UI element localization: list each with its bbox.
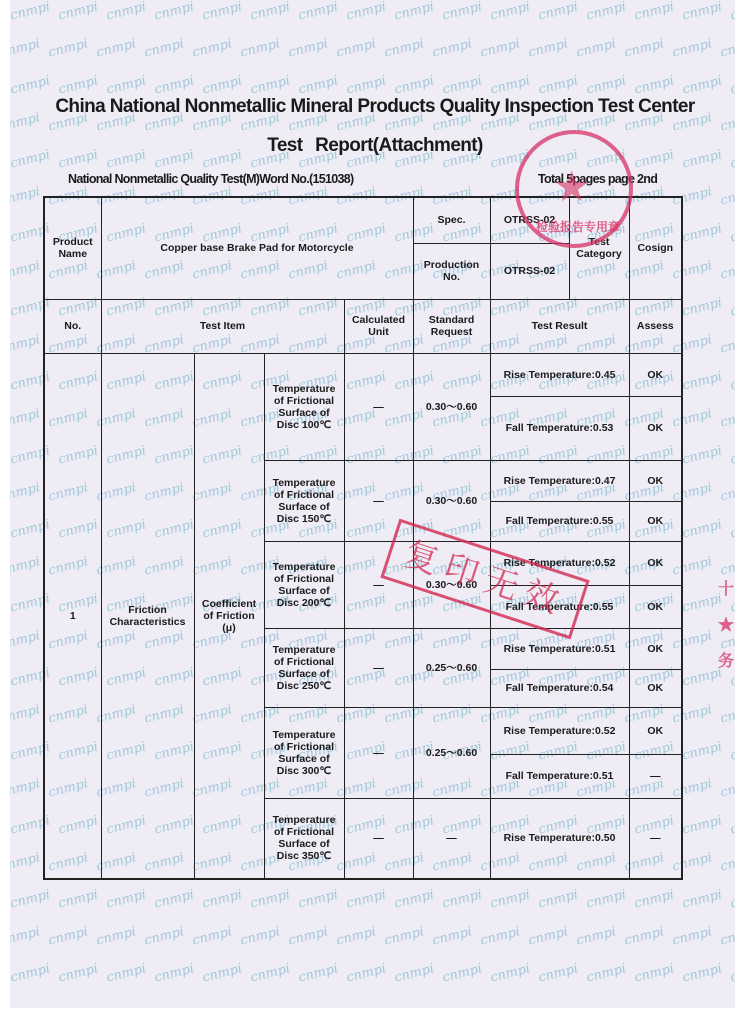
watermark-text: cnmpi (719, 480, 735, 504)
calculated-unit: — (344, 353, 413, 460)
watermark-text: cnmpi (729, 961, 735, 985)
col-test-result: Test Result (490, 299, 629, 353)
watermark-text: cnmpi (441, 887, 484, 911)
watermark-text: cnmpi (345, 887, 388, 911)
watermark-text: cnmpi (681, 961, 724, 985)
watermark-text: cnmpi (681, 517, 724, 541)
watermark-text: cnmpi (537, 0, 580, 24)
standard-request: 0.25～0.60 (413, 628, 490, 707)
test-condition: Temperature of Frictional Surface of Dis… (264, 798, 344, 879)
watermark-text: cnmpi (345, 73, 388, 97)
watermark-text: cnmpi (441, 0, 484, 24)
test-result: Rise Temperature:0.50 (490, 798, 629, 879)
watermark-text: cnmpi (441, 961, 484, 985)
watermark-text: cnmpi (489, 73, 532, 97)
watermark-text: cnmpi (585, 887, 628, 911)
watermark-text: cnmpi (153, 0, 196, 24)
watermark-text: cnmpi (681, 443, 724, 467)
document-subtitle: Test Report(Attachment) (0, 135, 750, 157)
watermark-text: cnmpi (633, 73, 676, 97)
assess-value: OK (629, 501, 682, 541)
watermark-text: cnmpi (681, 0, 724, 24)
watermark-text: cnmpi (623, 36, 666, 60)
watermark-text: cnmpi (729, 0, 735, 24)
watermark-text: cnmpi (249, 961, 292, 985)
watermark-text: cnmpi (431, 36, 474, 60)
test-condition: Temperature of Frictional Surface of Dis… (264, 707, 344, 798)
assess-value: OK (629, 707, 682, 754)
watermark-text: cnmpi (105, 73, 148, 97)
watermark-text: cnmpi (201, 961, 244, 985)
test-result: Fall Temperature:0.54 (490, 669, 629, 707)
watermark-text: cnmpi (287, 924, 330, 948)
assess-value: OK (629, 669, 682, 707)
test-result: Fall Temperature:0.53 (490, 396, 629, 460)
watermark-text: cnmpi (537, 73, 580, 97)
watermark-text: cnmpi (153, 887, 196, 911)
watermark-text: cnmpi (345, 961, 388, 985)
cosign-label: Cosign (629, 197, 682, 299)
watermark-text: cnmpi (633, 0, 676, 24)
watermark-text: cnmpi (489, 0, 532, 24)
watermark-text: cnmpi (191, 924, 234, 948)
watermark-text: cnmpi (335, 924, 378, 948)
watermark-text: cnmpi (297, 0, 340, 24)
watermark-text: cnmpi (287, 36, 330, 60)
watermark-text: cnmpi (719, 406, 735, 430)
watermark-text: cnmpi (57, 887, 100, 911)
watermark-text: cnmpi (681, 221, 724, 245)
watermark-text: cnmpi (719, 702, 735, 726)
watermark-text: cnmpi (719, 924, 735, 948)
watermark-text: cnmpi (10, 0, 52, 24)
watermark-text: cnmpi (239, 36, 282, 60)
test-condition: Temperature of Frictional Surface of Dis… (264, 460, 344, 541)
watermark-text: cnmpi (633, 961, 676, 985)
production-no-value: OTRSS-02 (490, 243, 569, 299)
watermark-text: cnmpi (575, 924, 618, 948)
spec-label: Spec. (413, 197, 490, 243)
watermark-text: cnmpi (249, 73, 292, 97)
watermark-text: cnmpi (249, 887, 292, 911)
watermark-text: cnmpi (239, 924, 282, 948)
watermark-text: cnmpi (201, 0, 244, 24)
watermark-text: cnmpi (249, 0, 292, 24)
standard-request: 0.25～0.60 (413, 707, 490, 798)
watermark-text: cnmpi (201, 73, 244, 97)
star-icon: ★ (553, 162, 591, 211)
watermark-text: cnmpi (633, 887, 676, 911)
assess-value: OK (629, 628, 682, 669)
watermark-text: cnmpi (681, 887, 724, 911)
production-no-label: Production No. (413, 243, 490, 299)
watermark-text: cnmpi (681, 295, 724, 319)
watermark-text: cnmpi (585, 961, 628, 985)
assess-value: OK (629, 396, 682, 460)
watermark-text: cnmpi (729, 73, 735, 97)
watermark-text: cnmpi (719, 850, 735, 874)
watermark-text: cnmpi (10, 924, 42, 948)
watermark-text: cnmpi (729, 221, 735, 245)
watermark-text: cnmpi (383, 924, 426, 948)
watermark-text: cnmpi (719, 258, 735, 282)
watermark-text: cnmpi (10, 258, 42, 282)
watermark-text: cnmpi (10, 554, 42, 578)
watermark-text: cnmpi (393, 73, 436, 97)
watermark-text: cnmpi (729, 739, 735, 763)
watermark-text: cnmpi (153, 961, 196, 985)
test-result: Fall Temperature:0.51 (490, 754, 629, 798)
watermark-text: cnmpi (201, 887, 244, 911)
watermark-text: cnmpi (585, 0, 628, 24)
col-no: No. (44, 299, 101, 353)
col-calculated-unit: Calculated Unit (344, 299, 413, 353)
watermark-text: cnmpi (105, 887, 148, 911)
watermark-text: cnmpi (671, 924, 714, 948)
edge-seal-fragment: 十 ★ 务 (718, 572, 736, 692)
product-name-label: Product Name (44, 197, 101, 299)
test-condition: Temperature of Frictional Surface of Dis… (264, 541, 344, 628)
watermark-text: cnmpi (729, 887, 735, 911)
watermark-text: cnmpi (527, 924, 570, 948)
standard-request: 0.30～0.60 (413, 353, 490, 460)
watermark-text: cnmpi (191, 36, 234, 60)
watermark-text: cnmpi (719, 776, 735, 800)
watermark-text: cnmpi (671, 36, 714, 60)
watermark-text: cnmpi (623, 924, 666, 948)
watermark-text: cnmpi (95, 924, 138, 948)
product-name-value: Copper base Brake Pad for Motorcycle (101, 197, 413, 299)
watermark-text: cnmpi (47, 36, 90, 60)
official-seal-stamp: ★ 检验报告专用章 (515, 130, 633, 248)
table-row: 1Friction CharacteristicsCoefficient of … (44, 353, 682, 396)
watermark-text: cnmpi (393, 961, 436, 985)
watermark-text: cnmpi (57, 0, 100, 24)
watermark-text: cnmpi (10, 406, 42, 430)
watermark-text: cnmpi (10, 184, 42, 208)
item-category: Friction Characteristics (101, 353, 194, 879)
watermark-text: cnmpi (537, 887, 580, 911)
watermark-text: cnmpi (575, 36, 618, 60)
watermark-text: cnmpi (719, 184, 735, 208)
col-test-item: Test Item (101, 299, 344, 353)
assess-value: — (629, 754, 682, 798)
watermark-text: cnmpi (10, 332, 42, 356)
test-result: Fall Temperature:0.55 (490, 501, 629, 541)
watermark-text: cnmpi (729, 443, 735, 467)
watermark-text: cnmpi (10, 850, 42, 874)
watermark-text: cnmpi (719, 332, 735, 356)
watermark-text: cnmpi (345, 0, 388, 24)
item-property: Coefficient of Friction(μ) (194, 353, 264, 879)
standard-request: — (413, 798, 490, 879)
watermark-text: cnmpi (681, 739, 724, 763)
watermark-text: cnmpi (719, 36, 735, 60)
watermark-text: cnmpi (143, 924, 186, 948)
assess-value: OK (629, 541, 682, 585)
watermark-text: cnmpi (729, 813, 735, 837)
assess-value: OK (629, 353, 682, 396)
watermark-text: cnmpi (10, 73, 52, 97)
watermark-text: cnmpi (10, 702, 42, 726)
word-number: National Nonmetallic Quality Test(M)Word… (68, 172, 353, 186)
watermark-text: cnmpi (729, 369, 735, 393)
assess-value: — (629, 798, 682, 879)
watermark-text: cnmpi (297, 887, 340, 911)
test-result: Rise Temperature:0.52 (490, 707, 629, 754)
watermark-text: cnmpi (95, 36, 138, 60)
col-assess: Assess (629, 299, 682, 353)
item-no: 1 (44, 353, 101, 879)
test-report-table: Product Name Copper base Brake Pad for M… (43, 196, 683, 880)
watermark-text: cnmpi (479, 924, 522, 948)
watermark-text: cnmpi (10, 776, 42, 800)
watermark-text: cnmpi (479, 36, 522, 60)
watermark-text: cnmpi (57, 961, 100, 985)
watermark-text: cnmpi (729, 517, 735, 541)
test-result: Rise Temperature:0.47 (490, 460, 629, 501)
watermark-text: cnmpi (143, 36, 186, 60)
watermark-text: cnmpi (681, 369, 724, 393)
watermark-text: cnmpi (335, 36, 378, 60)
watermark-text: cnmpi (105, 0, 148, 24)
watermark-text: cnmpi (57, 73, 100, 97)
watermark-text: cnmpi (681, 73, 724, 97)
test-result: Rise Temperature:0.45 (490, 353, 629, 396)
document-title: China National Nonmetallic Mineral Produ… (0, 96, 750, 118)
calculated-unit: — (344, 798, 413, 879)
watermark-text: cnmpi (393, 0, 436, 24)
col-standard-request: Standard Request (413, 299, 490, 353)
test-condition: Temperature of Frictional Surface of Dis… (264, 353, 344, 460)
watermark-text: cnmpi (489, 961, 532, 985)
watermark-text: cnmpi (10, 36, 42, 60)
watermark-text: cnmpi (10, 887, 52, 911)
seal-text: 检验报告专用章 (533, 218, 623, 235)
watermark-text: cnmpi (105, 961, 148, 985)
watermark-text: cnmpi (537, 961, 580, 985)
test-condition: Temperature of Frictional Surface of Dis… (264, 628, 344, 707)
watermark-text: cnmpi (527, 36, 570, 60)
calculated-unit: — (344, 628, 413, 707)
watermark-text: cnmpi (153, 73, 196, 97)
watermark-text: cnmpi (10, 628, 42, 652)
watermark-text: cnmpi (431, 924, 474, 948)
watermark-text: cnmpi (297, 73, 340, 97)
assess-value: OK (629, 585, 682, 628)
watermark-text: cnmpi (10, 480, 42, 504)
watermark-text: cnmpi (489, 887, 532, 911)
watermark-text: cnmpi (585, 73, 628, 97)
watermark-text: cnmpi (729, 295, 735, 319)
watermark-text: cnmpi (441, 73, 484, 97)
watermark-text: cnmpi (47, 924, 90, 948)
watermark-text: cnmpi (393, 887, 436, 911)
watermark-text: cnmpi (681, 813, 724, 837)
calculated-unit: — (344, 707, 413, 798)
watermark-text: cnmpi (297, 961, 340, 985)
watermark-text: cnmpi (10, 961, 52, 985)
watermark-text: cnmpi (383, 36, 426, 60)
assess-value: OK (629, 460, 682, 501)
